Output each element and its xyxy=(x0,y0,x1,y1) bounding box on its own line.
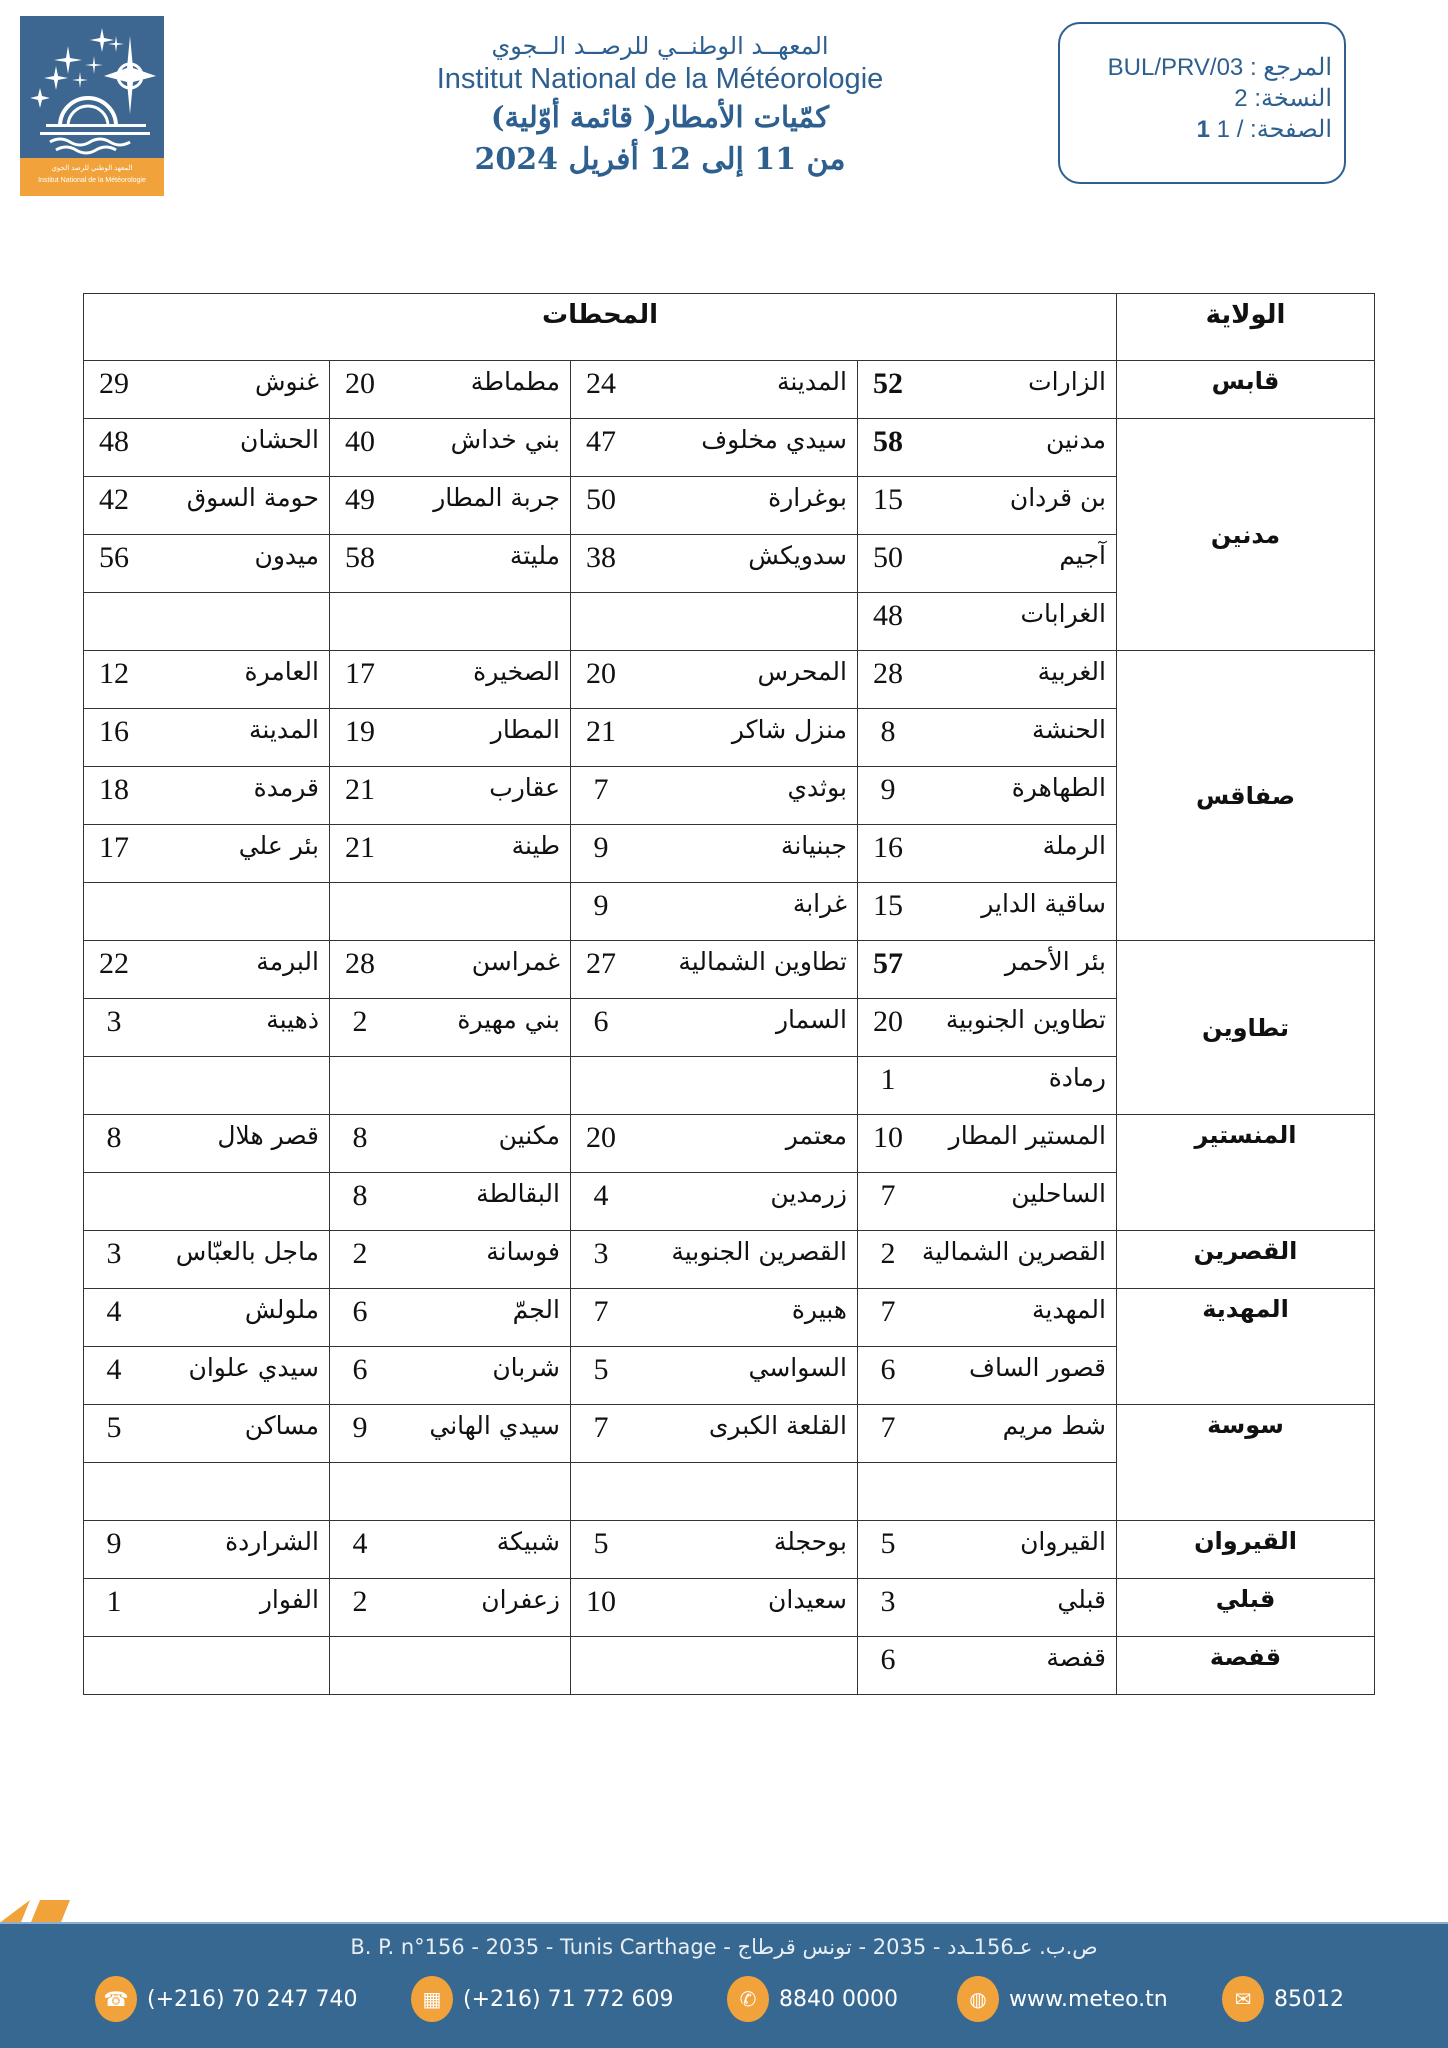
station-name: قصور الساف xyxy=(969,1353,1106,1382)
station-name: بئر الأحمر xyxy=(1005,947,1106,976)
rainfall-value: 3 xyxy=(868,1585,908,1619)
station-entry: الجمّ6 xyxy=(340,1295,560,1329)
station-cell xyxy=(858,1463,1117,1521)
station-name: الفوار xyxy=(260,1585,319,1614)
table-row: المنستيرالمستير المطار10معتمر20مكنين8قصر… xyxy=(84,1115,1375,1173)
governorate-cell: تطاوين xyxy=(1117,941,1375,1115)
station-cell: غنوش29 xyxy=(84,361,330,419)
governorate-cell: قبلي xyxy=(1117,1579,1375,1637)
station-cell: بن قردان15 xyxy=(858,477,1117,535)
station-entry: منزل شاكر21 xyxy=(581,715,847,749)
rainfall-value: 16 xyxy=(868,831,908,865)
station-entry: مدنين58 xyxy=(868,425,1106,459)
rainfall-value: 21 xyxy=(581,715,621,749)
station-cell: المحرس20 xyxy=(571,651,858,709)
station-name: الزارات xyxy=(1028,367,1106,396)
station-cell: بني خداش40 xyxy=(330,419,571,477)
contact-call-center: ✆ 8840 0000 xyxy=(727,1976,957,2022)
rainfall-value: 27 xyxy=(581,947,621,981)
call-center-icon: ✆ xyxy=(727,1976,769,2022)
station-cell xyxy=(84,883,330,941)
rainfall-value: 4 xyxy=(581,1179,621,1213)
station-name: الجمّ xyxy=(513,1295,560,1324)
station-entry: الحنشة8 xyxy=(868,715,1106,749)
station-cell: القصرين الشمالية2 xyxy=(858,1231,1117,1289)
rainfall-value: 42 xyxy=(94,483,134,517)
station-name: البرمة xyxy=(256,947,319,976)
website-link[interactable]: www.meteo.tn xyxy=(1009,1987,1168,2012)
station-cell: الحشان48 xyxy=(84,419,330,477)
station-name: السواسي xyxy=(748,1353,847,1382)
station-entry: السواسي5 xyxy=(581,1353,847,1387)
contact-list: ☎ (+216) 70 247 740 ▦ (+216) 71 772 609 … xyxy=(95,1976,1395,2022)
station-name: بني خداش xyxy=(451,425,560,454)
station-entry: بوثدي7 xyxy=(581,773,847,807)
station-name: شبيكة xyxy=(497,1527,560,1556)
station-name: غنوش xyxy=(255,367,319,396)
station-cell: قفصة6 xyxy=(858,1637,1117,1695)
station-name: ذهيبة xyxy=(266,1005,319,1034)
station-cell xyxy=(330,1637,571,1695)
table-row: مدنينمدنين58سيدي مخلوف47بني خداش40الحشان… xyxy=(84,419,1375,477)
table-row: قابسالزارات52المدينة24مطماطة20غنوش29 xyxy=(84,361,1375,419)
rainfall-value: 40 xyxy=(340,425,380,459)
rainfall-value: 2 xyxy=(340,1585,380,1619)
station-entry: السمار6 xyxy=(581,1005,847,1039)
station-name: بوحجلة xyxy=(774,1527,847,1556)
rainfall-value: 3 xyxy=(581,1237,621,1271)
station-cell: سدويكش38 xyxy=(571,535,858,593)
station-cell xyxy=(330,883,571,941)
station-entry: شبيكة4 xyxy=(340,1527,560,1561)
station-name: الطهاهرة xyxy=(1012,773,1106,802)
rainfall-value: 20 xyxy=(340,367,380,401)
rainfall-value: 29 xyxy=(94,367,134,401)
station-entry: القصرين الشمالية2 xyxy=(868,1237,1106,1271)
station-entry: سيدي علوان4 xyxy=(94,1353,319,1387)
reference-value: BUL/PRV/03 xyxy=(1108,54,1244,81)
station-entry: البقالطة8 xyxy=(340,1179,560,1213)
rainfall-value: 2 xyxy=(340,1005,380,1039)
station-cell: القلعة الكبرى7 xyxy=(571,1405,858,1463)
station-entry: شربان6 xyxy=(340,1353,560,1387)
contact-fax: ▦ (+216) 71 772 609 xyxy=(411,1976,727,2022)
station-cell: حومة السوق42 xyxy=(84,477,330,535)
contact-website[interactable]: ◍ www.meteo.tn xyxy=(957,1976,1222,2022)
rainfall-value: 9 xyxy=(340,1411,380,1445)
rainfall-value: 7 xyxy=(581,773,621,807)
station-cell: البقالطة8 xyxy=(330,1173,571,1231)
station-entry: الغربية28 xyxy=(868,657,1106,691)
page-label: الصفحة: xyxy=(1250,116,1332,143)
station-entry: الطهاهرة9 xyxy=(868,773,1106,807)
rainfall-value: 5 xyxy=(94,1411,134,1445)
station-cell xyxy=(84,1463,330,1521)
rainfall-value: 17 xyxy=(340,657,380,691)
contact-sms: ✉ 85012 xyxy=(1222,1976,1344,2022)
station-cell: زعفران2 xyxy=(330,1579,571,1637)
station-cell: المدينة24 xyxy=(571,361,858,419)
table-row: صفاقسالغربية28المحرس20الصخيرة17العامرة12 xyxy=(84,651,1375,709)
station-cell: الرملة16 xyxy=(858,825,1117,883)
rainfall-value: 20 xyxy=(868,1005,908,1039)
station-cell: بئر الأحمر57 xyxy=(858,941,1117,999)
station-cell: سعيدان10 xyxy=(571,1579,858,1637)
station-name: قفصة xyxy=(1046,1643,1106,1672)
station-cell xyxy=(571,1637,858,1695)
station-name: الغربية xyxy=(1038,657,1106,686)
station-entry: قصور الساف6 xyxy=(868,1353,1106,1387)
station-cell: الحنشة8 xyxy=(858,709,1117,767)
station-name: بوثدي xyxy=(787,773,847,802)
station-entry: حومة السوق42 xyxy=(94,483,319,517)
station-cell: سيدي مخلوف47 xyxy=(571,419,858,477)
station-name: عقارب xyxy=(489,773,560,802)
station-entry: بوغرارة50 xyxy=(581,483,847,517)
station-name: تطاوين الشمالية xyxy=(678,947,847,976)
rainfall-value: 38 xyxy=(581,541,621,575)
station-cell: سيدي علوان4 xyxy=(84,1347,330,1405)
reference-line: المرجع : BUL/PRV/03 xyxy=(1060,52,1332,83)
stars-sea-emblem-icon xyxy=(20,16,164,158)
station-entry: فوسانة2 xyxy=(340,1237,560,1271)
station-entry: الفوار1 xyxy=(94,1585,319,1619)
station-entry: بئر الأحمر57 xyxy=(868,947,1106,981)
contact-telephone-text: (+216) 70 247 740 xyxy=(147,1987,358,2012)
telephone-icon: ☎ xyxy=(95,1976,137,2022)
station-name: تطاوين الجنوبية xyxy=(946,1005,1106,1034)
station-cell: جبنيانة9 xyxy=(571,825,858,883)
rainfall-value: 20 xyxy=(581,657,621,691)
rainfall-value: 3 xyxy=(94,1005,134,1039)
station-entry: مليتة58 xyxy=(340,541,560,575)
sms-icon: ✉ xyxy=(1222,1976,1264,2022)
station-name: العامرة xyxy=(244,657,319,686)
station-name: مدنين xyxy=(1046,425,1106,454)
rainfall-value: 21 xyxy=(340,831,380,865)
station-cell: السمار6 xyxy=(571,999,858,1057)
station-name: طينة xyxy=(512,831,560,860)
table-header-row: الولاية المحطات xyxy=(84,294,1375,361)
contact-fax-text: (+216) 71 772 609 xyxy=(463,1987,674,2012)
governorate-cell: صفاقس xyxy=(1117,651,1375,941)
version-value: 2 xyxy=(1234,85,1247,112)
station-name: هبيرة xyxy=(792,1295,847,1324)
globe-icon: ◍ xyxy=(957,1976,999,2022)
station-name: بن قردان xyxy=(1010,483,1106,512)
station-cell: معتمر20 xyxy=(571,1115,858,1173)
rainfall-value: 7 xyxy=(868,1179,908,1213)
station-cell: فوسانة2 xyxy=(330,1231,571,1289)
station-entry: المطار19 xyxy=(340,715,560,749)
station-cell xyxy=(330,1463,571,1521)
rainfall-value: 18 xyxy=(94,773,134,807)
rainfall-value: 8 xyxy=(868,715,908,749)
rainfall-value: 7 xyxy=(581,1295,621,1329)
rainfall-value: 2 xyxy=(868,1237,908,1271)
rainfall-value: 9 xyxy=(868,773,908,807)
rainfall-value: 47 xyxy=(581,425,621,459)
station-name: بوغرارة xyxy=(768,483,847,512)
rainfall-value: 6 xyxy=(868,1353,908,1387)
station-cell: زرمدين4 xyxy=(571,1173,858,1231)
station-entry: العامرة12 xyxy=(94,657,319,691)
rainfall-value: 8 xyxy=(340,1179,380,1213)
rainfall-value: 19 xyxy=(340,715,380,749)
station-name: جربة المطار xyxy=(433,483,560,512)
station-cell: ماجل بالعبّاس3 xyxy=(84,1231,330,1289)
institute-logo: المعهد الوطني للرصد الجوي Institut Natio… xyxy=(20,16,164,196)
station-cell: عقارب21 xyxy=(330,767,571,825)
station-entry: مساكن5 xyxy=(94,1411,319,1445)
station-name: سيدي علوان xyxy=(188,1353,319,1382)
station-name: حومة السوق xyxy=(187,483,319,512)
station-name: الغرابات xyxy=(1021,599,1106,628)
contact-telephone: ☎ (+216) 70 247 740 xyxy=(95,1976,411,2022)
station-name: قبلي xyxy=(1057,1585,1106,1614)
document-title: كمّيات الأمطار( قائمة أوّلية) xyxy=(380,96,940,138)
governorate-cell: قفصة xyxy=(1117,1637,1375,1695)
station-cell: الشراردة9 xyxy=(84,1521,330,1579)
document-header: المعهــد الوطنــي للرصــد الــجوي Instit… xyxy=(380,30,940,182)
rainfall-value: 1 xyxy=(868,1063,908,1097)
station-entry: بوحجلة5 xyxy=(581,1527,847,1561)
station-name: الرملة xyxy=(1043,831,1106,860)
page-line: الصفحة: 1 1 / xyxy=(1060,114,1332,145)
date-range: من 11 إلى 12 أفريل 2024 xyxy=(380,138,940,182)
rainfall-value: 28 xyxy=(868,657,908,691)
station-entry: شط مريم7 xyxy=(868,1411,1106,1445)
rainfall-value: 48 xyxy=(868,599,908,633)
station-entry: المحرس20 xyxy=(581,657,847,691)
station-entry: غرابة9 xyxy=(581,889,847,923)
rainfall-value: 5 xyxy=(868,1527,908,1561)
station-name: الصخيرة xyxy=(473,657,560,686)
governorate-cell: القصرين xyxy=(1117,1231,1375,1289)
station-entry: جربة المطار49 xyxy=(340,483,560,517)
station-cell: طينة21 xyxy=(330,825,571,883)
station-entry: مكنين8 xyxy=(340,1121,560,1155)
station-name: السمار xyxy=(776,1005,847,1034)
station-name: المستير المطار xyxy=(949,1121,1106,1150)
rainfall-value: 50 xyxy=(581,483,621,517)
table-row: القصرينالقصرين الشمالية2القصرين الجنوبية… xyxy=(84,1231,1375,1289)
station-name: ملولش xyxy=(245,1295,319,1324)
rainfall-value: 22 xyxy=(94,947,134,981)
station-cell: مدنين58 xyxy=(858,419,1117,477)
station-cell: ساقية الداير15 xyxy=(858,883,1117,941)
station-cell: الصخيرة17 xyxy=(330,651,571,709)
rainfall-value: 7 xyxy=(868,1411,908,1445)
station-entry: ذهيبة3 xyxy=(94,1005,319,1039)
rainfall-value: 6 xyxy=(340,1353,380,1387)
rainfall-value: 58 xyxy=(340,541,380,575)
station-entry: بن قردان15 xyxy=(868,483,1106,517)
station-entry: جبنيانة9 xyxy=(581,831,847,865)
station-entry: المدينة16 xyxy=(94,715,319,749)
rainfall-value: 5 xyxy=(581,1527,621,1561)
station-name: مساكن xyxy=(245,1411,319,1440)
station-cell: المستير المطار10 xyxy=(858,1115,1117,1173)
rainfall-value: 8 xyxy=(340,1121,380,1155)
rainfall-value: 4 xyxy=(94,1353,134,1387)
table-row: قفصةقفصة6 xyxy=(84,1637,1375,1695)
station-name: الشراردة xyxy=(225,1527,319,1556)
station-entry: الشراردة9 xyxy=(94,1527,319,1561)
header-stations: المحطات xyxy=(84,294,1117,361)
page-total: 1 xyxy=(1197,116,1210,143)
table-body: قابسالزارات52المدينة24مطماطة20غنوش29مدني… xyxy=(84,361,1375,1695)
station-entry: المهدية7 xyxy=(868,1295,1106,1329)
station-entry: سيدي مخلوف47 xyxy=(581,425,847,459)
station-entry: مطماطة20 xyxy=(340,367,560,401)
station-cell: قرمدة18 xyxy=(84,767,330,825)
rainfall-value: 9 xyxy=(581,889,621,923)
station-entry: غمراسن28 xyxy=(340,947,560,981)
fax-icon: ▦ xyxy=(411,1976,453,2022)
page-value: 1 / xyxy=(1217,116,1244,143)
station-cell: ذهيبة3 xyxy=(84,999,330,1057)
station-name: القيروان xyxy=(1020,1527,1106,1556)
station-entry: الحشان48 xyxy=(94,425,319,459)
station-cell xyxy=(84,1057,330,1115)
station-cell xyxy=(84,1637,330,1695)
station-name: ماجل بالعبّاس xyxy=(176,1237,319,1266)
rainfall-value: 20 xyxy=(581,1121,621,1155)
station-cell xyxy=(84,593,330,651)
rainfall-value: 57 xyxy=(868,947,908,981)
station-cell: شربان6 xyxy=(330,1347,571,1405)
version-label: النسخة: xyxy=(1254,85,1332,112)
station-name: زرمدين xyxy=(770,1179,847,1208)
governorate-cell: المنستير xyxy=(1117,1115,1375,1231)
station-entry: الرملة16 xyxy=(868,831,1106,865)
station-name: المهدية xyxy=(1032,1295,1106,1324)
rainfall-value: 16 xyxy=(94,715,134,749)
logo-caption: المعهد الوطني للرصد الجوي Institut Natio… xyxy=(20,158,164,196)
station-name: سعيدان xyxy=(768,1585,847,1614)
governorate-cell: القيروان xyxy=(1117,1521,1375,1579)
rainfall-value: 6 xyxy=(581,1005,621,1039)
station-name: جبنيانة xyxy=(781,831,847,860)
station-name: معتمر xyxy=(786,1121,847,1150)
reference-label: المرجع : xyxy=(1250,54,1332,81)
station-entry: قرمدة18 xyxy=(94,773,319,807)
station-entry: رمادة1 xyxy=(868,1063,1106,1097)
station-entry: قبلي3 xyxy=(868,1585,1106,1619)
station-name: المدينة xyxy=(777,367,847,396)
station-cell: غرابة9 xyxy=(571,883,858,941)
station-entry: تطاوين الجنوبية20 xyxy=(868,1005,1106,1039)
rainfall-value: 6 xyxy=(340,1295,380,1329)
station-entry: معتمر20 xyxy=(581,1121,847,1155)
station-name: بني مهيرة xyxy=(457,1005,560,1034)
governorate-cell: المهدية xyxy=(1117,1289,1375,1405)
rainfall-value: 4 xyxy=(340,1527,380,1561)
station-entry: قفصة6 xyxy=(868,1643,1106,1677)
station-name: الحنشة xyxy=(1032,715,1106,744)
logo-caption-ar: المعهد الوطني للرصد الجوي xyxy=(20,163,164,175)
station-cell: القيروان5 xyxy=(858,1521,1117,1579)
station-cell xyxy=(330,1057,571,1115)
station-entry: طينة21 xyxy=(340,831,560,865)
station-entry: قصر هلال8 xyxy=(94,1121,319,1155)
station-name: البقالطة xyxy=(476,1179,560,1208)
station-cell: تطاوين الجنوبية20 xyxy=(858,999,1117,1057)
station-cell: جربة المطار49 xyxy=(330,477,571,535)
station-cell: مليتة58 xyxy=(330,535,571,593)
station-cell: البرمة22 xyxy=(84,941,330,999)
station-cell: تطاوين الشمالية27 xyxy=(571,941,858,999)
station-name: سيدي الهاني xyxy=(429,1411,560,1440)
station-cell xyxy=(84,1173,330,1231)
station-entry: المدينة24 xyxy=(581,367,847,401)
station-cell: ميدون56 xyxy=(84,535,330,593)
rainfall-value: 7 xyxy=(868,1295,908,1329)
station-entry: تطاوين الشمالية27 xyxy=(581,947,847,981)
station-cell: السواسي5 xyxy=(571,1347,858,1405)
station-cell: القصرين الجنوبية3 xyxy=(571,1231,858,1289)
governorate-cell: سوسة xyxy=(1117,1405,1375,1521)
contact-sms-text: 85012 xyxy=(1274,1987,1344,2012)
table-row: قبليقبلي3سعيدان10زعفران2الفوار1 xyxy=(84,1579,1375,1637)
table-row: سوسةشط مريم7القلعة الكبرى7سيدي الهاني9مس… xyxy=(84,1405,1375,1463)
station-cell: المهدية7 xyxy=(858,1289,1117,1347)
rainfall-value: 7 xyxy=(581,1411,621,1445)
station-name: المحرس xyxy=(758,657,847,686)
station-entry: البرمة22 xyxy=(94,947,319,981)
station-name: شربان xyxy=(492,1353,560,1382)
station-entry: بني خداش40 xyxy=(340,425,560,459)
station-cell: العامرة12 xyxy=(84,651,330,709)
header-governorate: الولاية xyxy=(1117,294,1375,361)
rainfall-value: 56 xyxy=(94,541,134,575)
station-cell: هبيرة7 xyxy=(571,1289,858,1347)
station-entry: القيروان5 xyxy=(868,1527,1106,1561)
station-name: شط مريم xyxy=(1003,1411,1106,1440)
rainfall-value: 6 xyxy=(868,1643,908,1677)
station-entry: زعفران2 xyxy=(340,1585,560,1619)
rainfall-value: 9 xyxy=(94,1527,134,1561)
station-cell: المطار19 xyxy=(330,709,571,767)
logo-caption-fr: Institut National de la Météorologie xyxy=(20,175,164,187)
station-name: آجيم xyxy=(1059,541,1106,570)
station-cell: بوغرارة50 xyxy=(571,477,858,535)
station-cell: شبيكة4 xyxy=(330,1521,571,1579)
station-cell xyxy=(571,1057,858,1115)
station-entry: ساقية الداير15 xyxy=(868,889,1106,923)
station-entry: عقارب21 xyxy=(340,773,560,807)
governorate-cell: قابس xyxy=(1117,361,1375,419)
rainfall-value: 50 xyxy=(868,541,908,575)
station-cell: بئر علي17 xyxy=(84,825,330,883)
station-entry: سعيدان10 xyxy=(581,1585,847,1619)
station-cell: مطماطة20 xyxy=(330,361,571,419)
station-cell: مساكن5 xyxy=(84,1405,330,1463)
station-cell xyxy=(330,593,571,651)
station-entry: آجيم50 xyxy=(868,541,1106,575)
station-cell: آجيم50 xyxy=(858,535,1117,593)
rainfall-value: 10 xyxy=(868,1121,908,1155)
logo-emblem xyxy=(20,16,164,158)
station-name: المطار xyxy=(491,715,560,744)
station-cell: ملولش4 xyxy=(84,1289,330,1347)
station-cell: الفوار1 xyxy=(84,1579,330,1637)
station-name: المدينة xyxy=(249,715,319,744)
station-entry: ميدون56 xyxy=(94,541,319,575)
station-entry: بني مهيرة2 xyxy=(340,1005,560,1039)
station-name: ميدون xyxy=(255,541,320,570)
